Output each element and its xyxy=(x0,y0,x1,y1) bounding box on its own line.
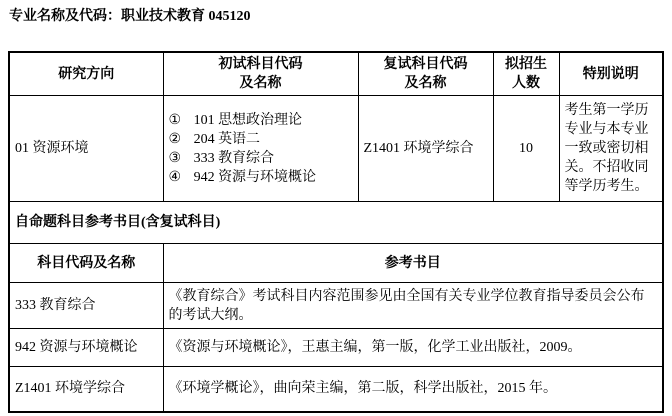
cell-research-direction: 01 资源环境 xyxy=(9,96,163,202)
admissions-table: 研究方向 初试科目代码 及名称 复试科目代码 及名称 拟招生 人数 特别说明 0… xyxy=(8,51,664,413)
subject-text: 204 英语二 xyxy=(194,130,261,149)
reference-row: 942 资源与环境概论 《资源与环境概论》，王惠主编，第一版，化学工业出版社，2… xyxy=(9,329,663,367)
subject-line: ② 204 英语二 xyxy=(169,130,353,149)
col-header-special-notes: 特别说明 xyxy=(559,52,663,96)
reference-row: 333 教育综合 《教育综合》考试科目内容范围参见由全国有关专业学位教育指导委员… xyxy=(9,283,663,329)
reference-section-title: 自命题科目参考书目(含复试科目) xyxy=(9,202,663,244)
subject-line: ④ 942 资源与环境概论 xyxy=(169,168,353,187)
subject-marker: ② xyxy=(169,130,182,149)
col-header-retest-exam: 复试科目代码 及名称 xyxy=(358,52,493,96)
col-header-reference-books: 参考书目 xyxy=(163,244,663,283)
program-row: 01 资源环境 ① 101 思想政治理论 ② 204 英语二 ③ 333 教育综… xyxy=(9,96,663,202)
page-title: 专业名称及代码：职业技术教育 045120 xyxy=(9,7,672,26)
cell-book: 《教育综合》考试科目内容范围参见由全国有关专业学位教育指导委员会公布的考试大纲。 xyxy=(163,283,663,329)
subject-text: 101 思想政治理论 xyxy=(194,111,303,130)
cell-book: 《环境学概论》，曲向荣主编，第二版，科学出版社，2015 年。 xyxy=(163,367,663,412)
subject-line: ③ 333 教育综合 xyxy=(169,149,353,168)
subject-line: ① 101 思想政治理论 xyxy=(169,111,353,130)
header-row: 研究方向 初试科目代码 及名称 复试科目代码 及名称 拟招生 人数 特别说明 xyxy=(9,52,663,96)
col-header-enrollment: 拟招生 人数 xyxy=(493,52,559,96)
subject-text: 333 教育综合 xyxy=(194,149,275,168)
cell-subject: 942 资源与环境概论 xyxy=(9,329,163,367)
document-page: 专业名称及代码：职业技术教育 045120 研究方向 初试科目代码 及名称 复试… xyxy=(0,0,672,416)
cell-special-note: 考生第一学历专业与本专业一致或密切相关。不招收同等学历考生。 xyxy=(559,96,663,202)
cell-subject: Z1401 环境学综合 xyxy=(9,367,163,412)
cell-enrollment-count: 10 xyxy=(493,96,559,202)
subject-marker: ④ xyxy=(169,168,182,187)
subject-marker: ① xyxy=(169,111,182,130)
cell-subject: 333 教育综合 xyxy=(9,283,163,329)
cell-retest-subject: Z1401 环境学综合 xyxy=(358,96,493,202)
subject-text: 942 资源与环境概论 xyxy=(194,168,317,187)
reference-row: Z1401 环境学综合 《环境学概论》，曲向荣主编，第二版，科学出版社，2015… xyxy=(9,367,663,412)
reference-header-row: 科目代码及名称 参考书目 xyxy=(9,244,663,283)
subject-marker: ③ xyxy=(169,149,182,168)
section-header-row: 自命题科目参考书目(含复试科目) xyxy=(9,202,663,244)
col-header-research-direction: 研究方向 xyxy=(9,52,163,96)
col-header-subject-code-name: 科目代码及名称 xyxy=(9,244,163,283)
col-header-initial-exam: 初试科目代码 及名称 xyxy=(163,52,358,96)
cell-initial-subjects: ① 101 思想政治理论 ② 204 英语二 ③ 333 教育综合 ④ 942 … xyxy=(163,96,358,202)
cell-book: 《资源与环境概论》，王惠主编，第一版，化学工业出版社，2009。 xyxy=(163,329,663,367)
